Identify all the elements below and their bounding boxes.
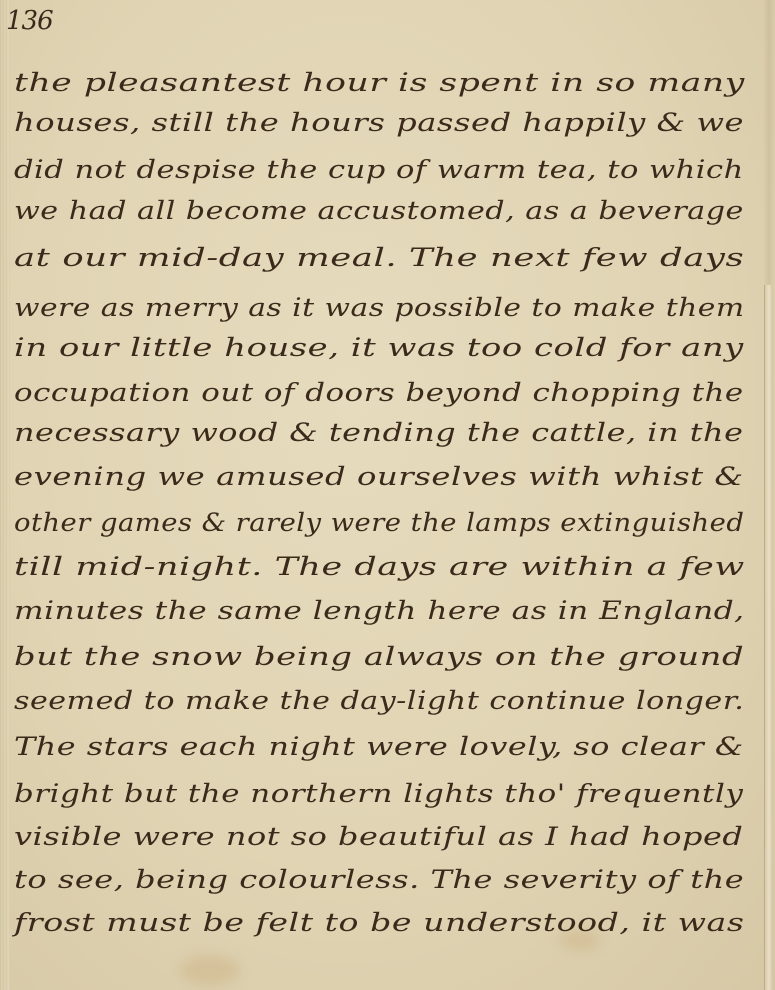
text-line: visible were not so beautiful as I had h… [14, 822, 743, 851]
text-line: the pleasantest hour is spent in so many [14, 68, 745, 97]
text-line: necessary wood & tending the cattle, in … [14, 418, 743, 447]
text-line: evening we amused ourselves with whist & [14, 462, 744, 491]
text-line: The stars each night were lovely, so cle… [14, 732, 744, 761]
text-line: to see, being colourless. The severity o… [14, 865, 744, 894]
manuscript-text: the pleasantest hour is spent in so many… [0, 0, 775, 990]
text-line: we had all become accustomed, as a bever… [14, 196, 744, 225]
text-line: till mid-night. The days are within a fe… [14, 552, 745, 581]
text-line: minutes the same length here as in Engla… [14, 596, 745, 625]
text-line: other games & rarely were the lamps exti… [14, 508, 744, 537]
text-line: did not despise the cup of warm tea, to … [14, 155, 744, 184]
text-line: in our little house, it was too cold for… [14, 333, 744, 362]
text-line: but the snow being always on the ground [14, 642, 744, 671]
manuscript-page: 136 the pleasantest hour is spent in so … [0, 0, 775, 990]
text-line: were as merry as it was possible to make… [14, 293, 745, 322]
text-line: occupation out of doors beyond chopping … [14, 378, 744, 407]
text-line: frost must be felt to be understood, it … [14, 908, 744, 937]
text-line: houses, still the hours passed happily &… [14, 108, 744, 137]
text-line: seemed to make the day-light continue lo… [14, 686, 744, 715]
text-line: at our mid-day meal. The next few days [14, 243, 744, 272]
text-line: bright but the northern lights tho' freq… [14, 779, 743, 808]
